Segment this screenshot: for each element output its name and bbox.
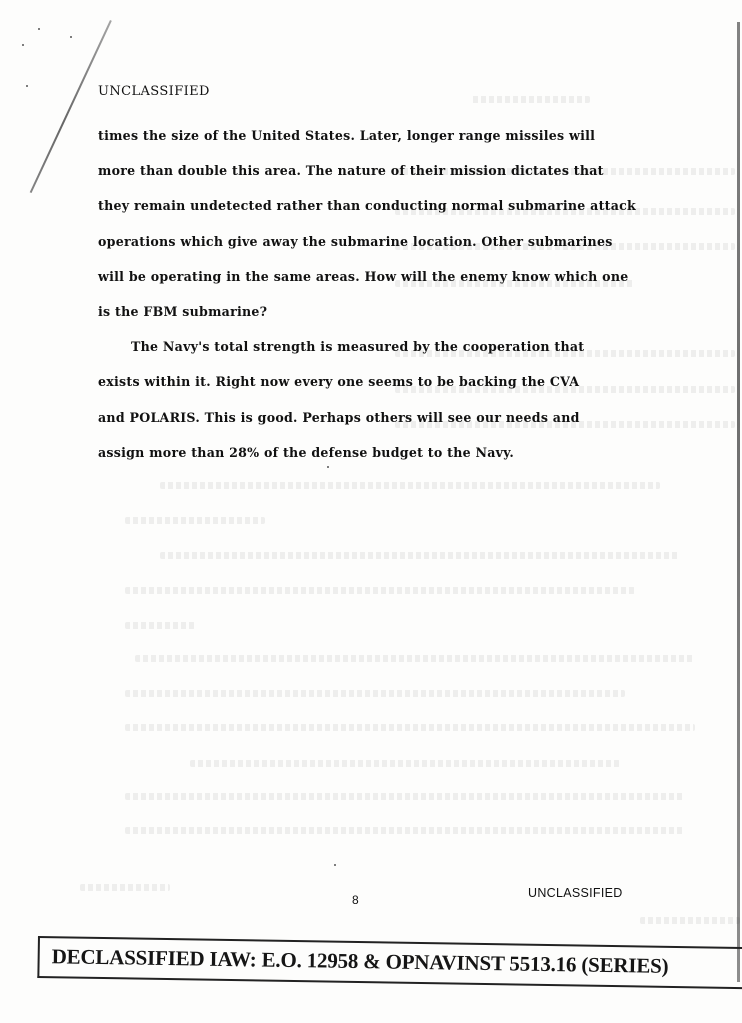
page-number: 8 [352, 893, 359, 907]
declassification-stamp: DECLASSIFIED IAW: E.O. 12958 & OPNAVINST… [37, 936, 742, 989]
text-line: more than double this area. The nature o… [98, 153, 668, 188]
text-line: operations which give away the submarine… [98, 224, 668, 259]
scan-speck [38, 28, 40, 30]
scan-speck [22, 44, 24, 46]
declassification-stamp-text: DECLASSIFIED IAW: E.O. 12958 & OPNAVINST… [51, 944, 668, 979]
paragraph-2: The Navy's total strength is measured by… [98, 329, 668, 470]
text-line: will be operating in the same areas. How… [98, 259, 668, 294]
text-line: The Navy's total strength is measured by… [98, 329, 668, 364]
text-line: times the size of the United States. Lat… [98, 118, 668, 153]
text-line: they remain undetected rather than condu… [98, 188, 668, 223]
scan-speck [70, 36, 72, 38]
text-line: exists within it. Right now every one se… [98, 364, 668, 399]
text-line: and POLARIS. This is good. Perhaps other… [98, 400, 668, 435]
text-line: assign more than 28% of the defense budg… [98, 435, 668, 470]
scan-speck [334, 864, 336, 866]
document-page: UNCLASSIFIED times the size of the Unite… [0, 0, 742, 1023]
footer-classification: UNCLASSIFIED [528, 886, 623, 900]
document-body: times the size of the United States. Lat… [98, 118, 668, 470]
paragraph-1: times the size of the United States. Lat… [98, 118, 668, 329]
text-line: is the FBM submarine? [98, 294, 668, 329]
header-classification: UNCLASSIFIED [98, 84, 210, 99]
scan-edge [737, 22, 740, 982]
scan-speck [26, 85, 28, 87]
